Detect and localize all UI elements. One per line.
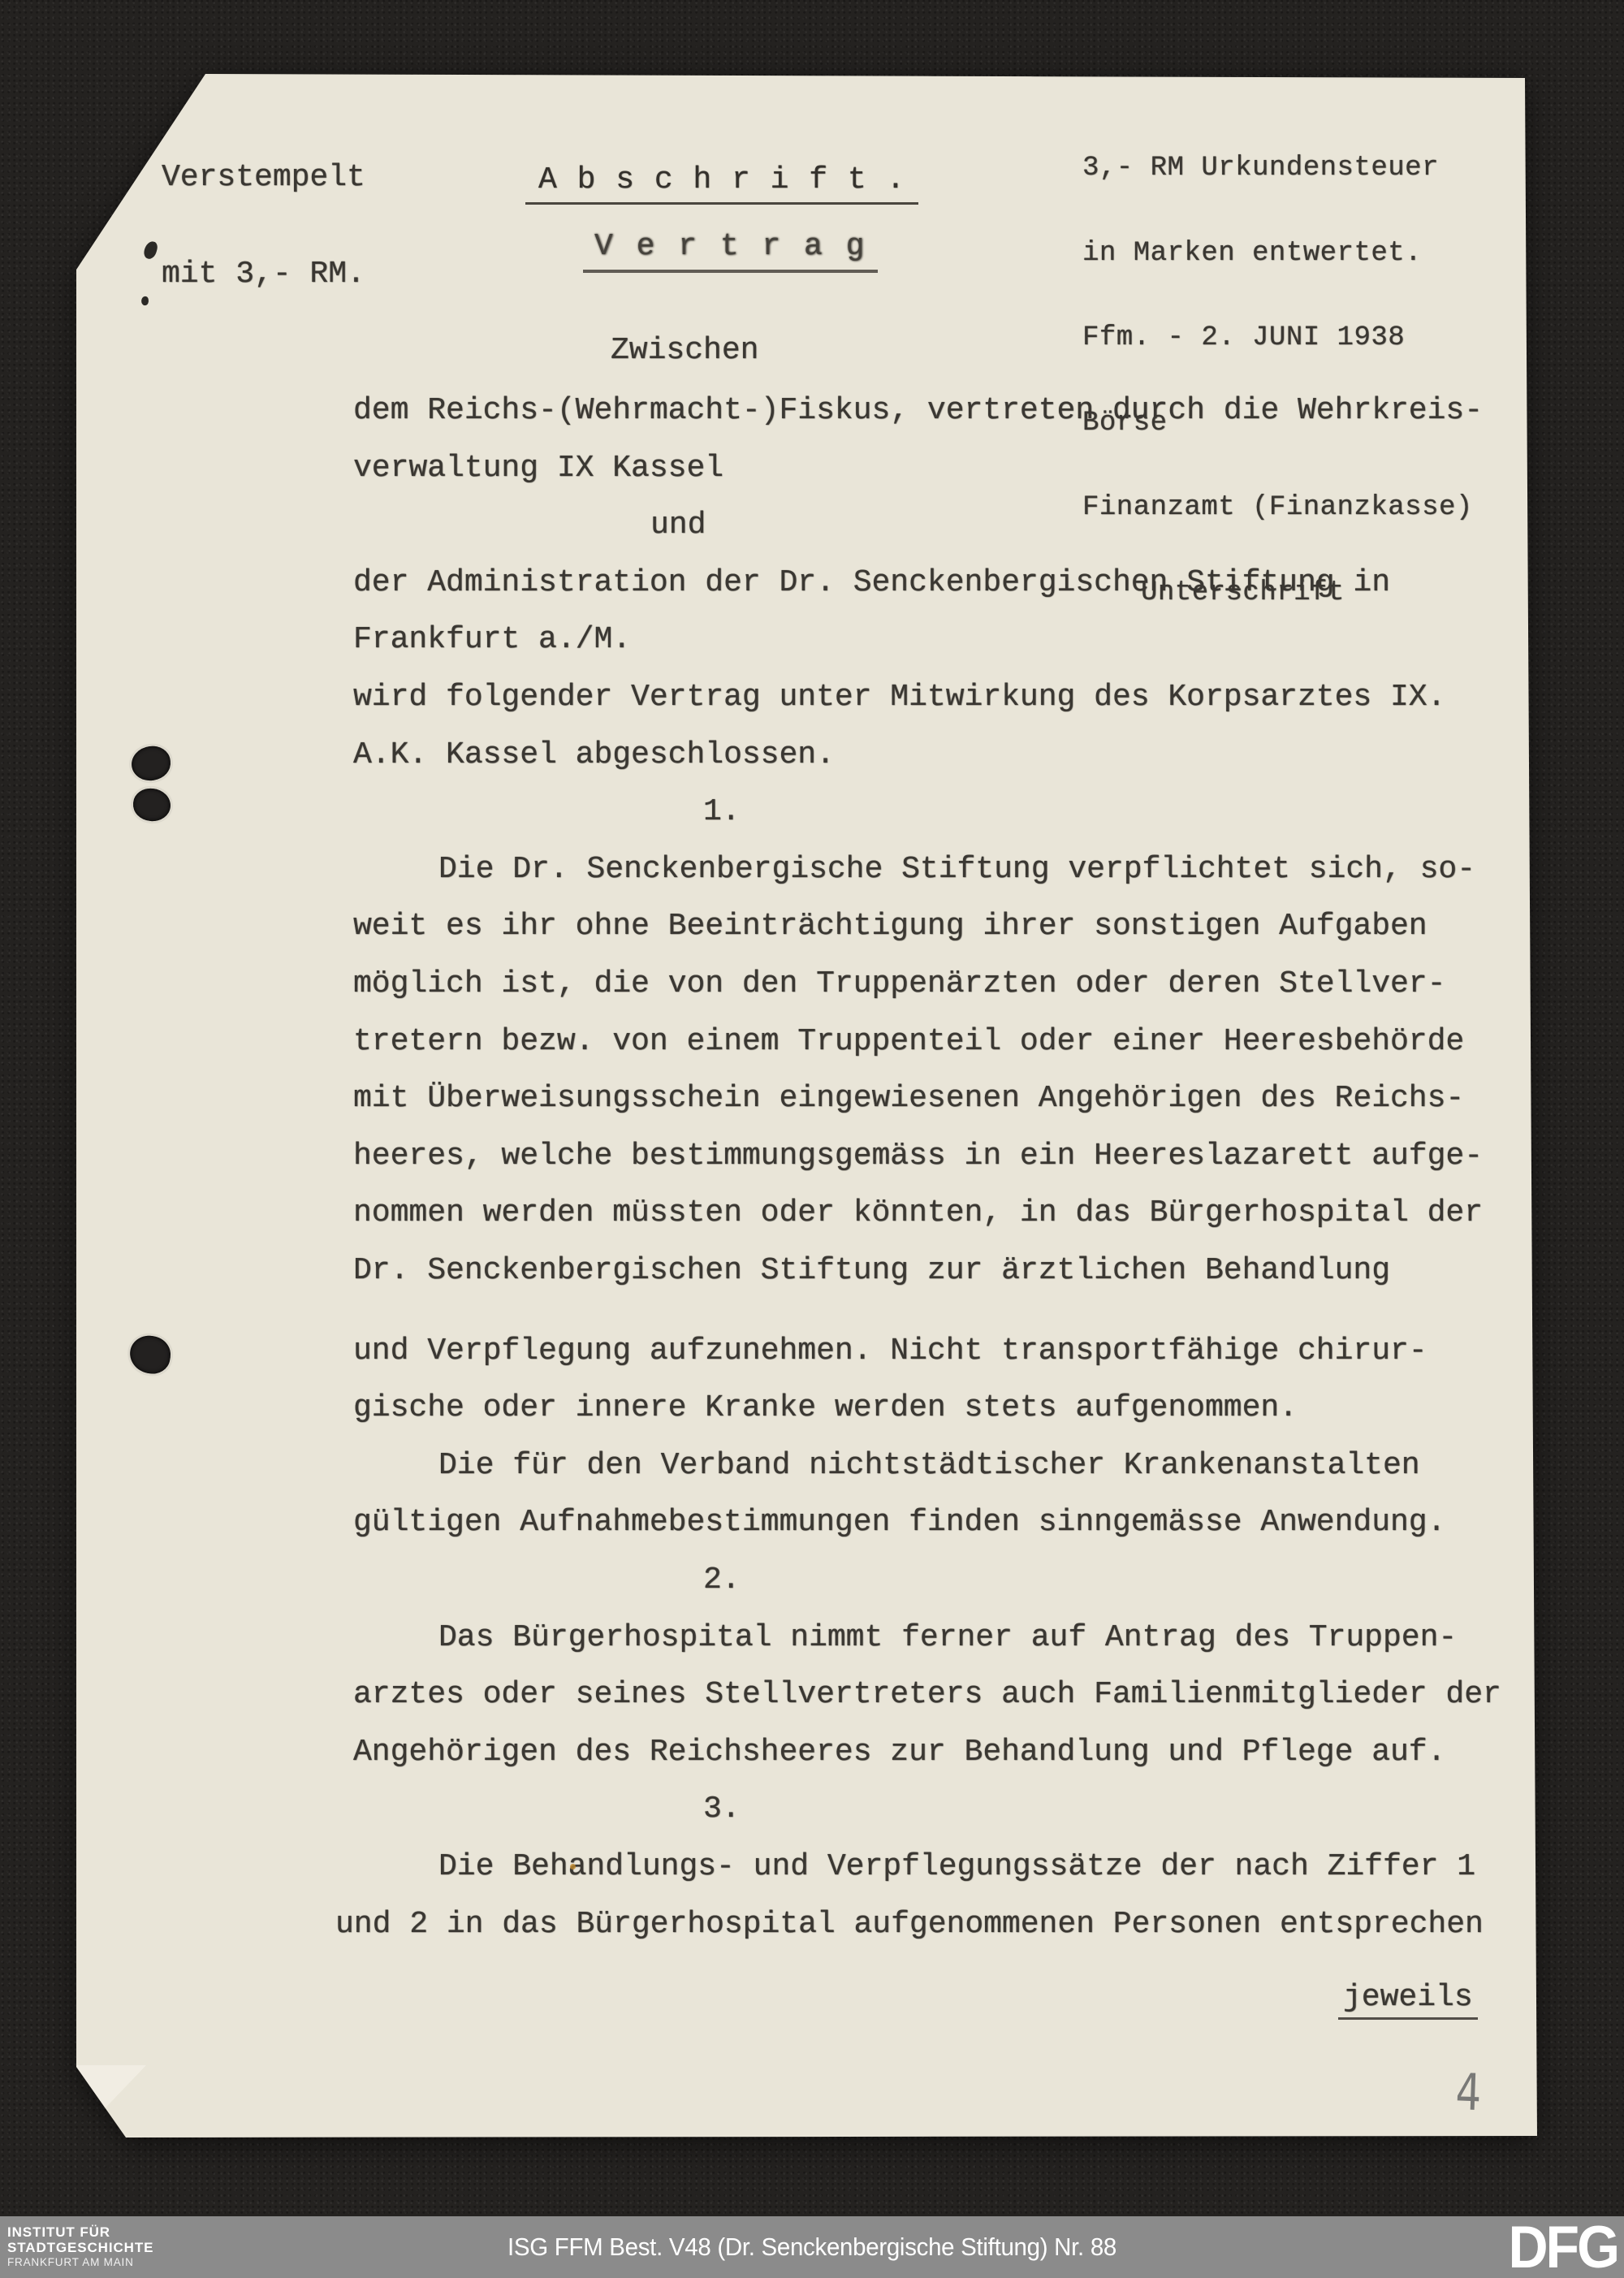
- document-line: 3.: [703, 1794, 741, 1825]
- stamp-right-line: Finanzamt (Finanzkasse): [1082, 493, 1473, 523]
- document-line: möglich ist, die von den Truppenärzten o…: [353, 969, 1445, 1000]
- document-line: wird folgender Vertrag unter Mitwirkung …: [353, 682, 1445, 713]
- document-line: Frankfurt a./M.: [353, 625, 631, 655]
- document-line: Die Dr. Senckenbergische Stiftung verpfl…: [438, 854, 1475, 885]
- stamp-left-line: mit 3,- RM.: [162, 257, 365, 292]
- document-line: heeres, welche bestimmungsgemäss in ein …: [353, 1141, 1483, 1172]
- document-line: 2.: [703, 1565, 741, 1596]
- archive-reference: ISG FFM Best. V48 (Dr. Senckenbergische …: [508, 2233, 1116, 2262]
- scanned-document-page: Verstempelt mit 3,- RM. 3,- RM Urkundens…: [0, 0, 1624, 2278]
- institution-line: FRANKFURT AM MAIN: [7, 2255, 153, 2269]
- stamp-right-line: 3,- RM Urkundensteuer: [1082, 153, 1473, 184]
- document-line: verwaltung IX Kassel: [353, 453, 723, 484]
- document-line: Das Bürgerhospital nimmt ferner auf Antr…: [438, 1623, 1457, 1653]
- stamp-left-line: Verstempelt: [162, 160, 365, 195]
- corner-fold: [76, 2065, 146, 2138]
- document-line: weit es ihr ohne Beeinträchtigung ihrer …: [353, 911, 1427, 942]
- document-line: der Administration der Dr. Senckenbergis…: [353, 568, 1390, 599]
- document-title-abschrift: A b s c h r i f t .: [525, 165, 918, 205]
- document-line: mit Überweisungsschein eingewiesenen Ang…: [353, 1083, 1464, 1114]
- institution-line: STADTGESCHICHTE: [7, 2240, 153, 2255]
- paper-stain: [570, 1864, 576, 1870]
- document-line: nommen werden müssten oder könnten, in d…: [353, 1198, 1483, 1229]
- document-line: A.K. Kassel abgeschlossen.: [353, 740, 835, 771]
- punch-hole: [129, 744, 172, 783]
- document-title-vertrag: V e r t r a g: [583, 231, 878, 273]
- ink-speck: [143, 240, 159, 261]
- document-line: jeweils: [1338, 1982, 1478, 2020]
- document-line: und 2 in das Bürgerhospital aufgenommene…: [335, 1909, 1484, 1940]
- paper-sheet: Verstempelt mit 3,- RM. 3,- RM Urkundens…: [76, 74, 1537, 2138]
- document-line: gische oder innere Kranke werden stets a…: [353, 1393, 1298, 1424]
- document-line: gültigen Aufnahmebestimmungen finden sin…: [353, 1507, 1445, 1538]
- ink-speck: [140, 296, 149, 305]
- document-line: Dr. Senckenbergischen Stiftung zur ärztl…: [353, 1256, 1390, 1286]
- document-line: tretern bezw. von einem Truppenteil oder…: [353, 1027, 1464, 1057]
- institution-line: INSTITUT FÜR: [7, 2224, 153, 2240]
- document-intro-zwischen: Zwischen: [611, 335, 758, 366]
- stamp-note-left: Verstempelt mit 3,- RM.: [162, 98, 365, 353]
- document-line: und Verpflegung aufzunehmen. Nicht trans…: [353, 1336, 1427, 1367]
- document-line: 1.: [703, 797, 741, 828]
- stamp-right-line: Ffm. - 2. JUNI 1938: [1082, 323, 1473, 353]
- archive-footer-bar: INSTITUT FÜR STADTGESCHICHTE FRANKFURT A…: [0, 2216, 1624, 2278]
- institution-logo: INSTITUT FÜR STADTGESCHICHTE FRANKFURT A…: [7, 2224, 153, 2269]
- document-line: Die für den Verband nichtstädtischer Kra…: [438, 1450, 1420, 1481]
- dfg-logo: DFG: [1508, 2217, 1618, 2276]
- pencil-page-number: 4: [1454, 2062, 1482, 2122]
- document-line: dem Reichs-(Wehrmacht-)Fiskus, vertreten…: [353, 396, 1483, 426]
- stamp-right-line: in Marken entwertet.: [1082, 239, 1473, 269]
- punch-hole: [127, 1333, 173, 1377]
- document-line: arztes oder seines Stellvertreters auch …: [353, 1679, 1501, 1710]
- document-line: Angehörigen des Reichsheeres zur Behandl…: [353, 1737, 1445, 1768]
- document-line: Die Behandlungs- und Verpflegungssätze d…: [438, 1852, 1475, 1882]
- document-line: und: [650, 510, 706, 541]
- punch-hole: [132, 787, 171, 823]
